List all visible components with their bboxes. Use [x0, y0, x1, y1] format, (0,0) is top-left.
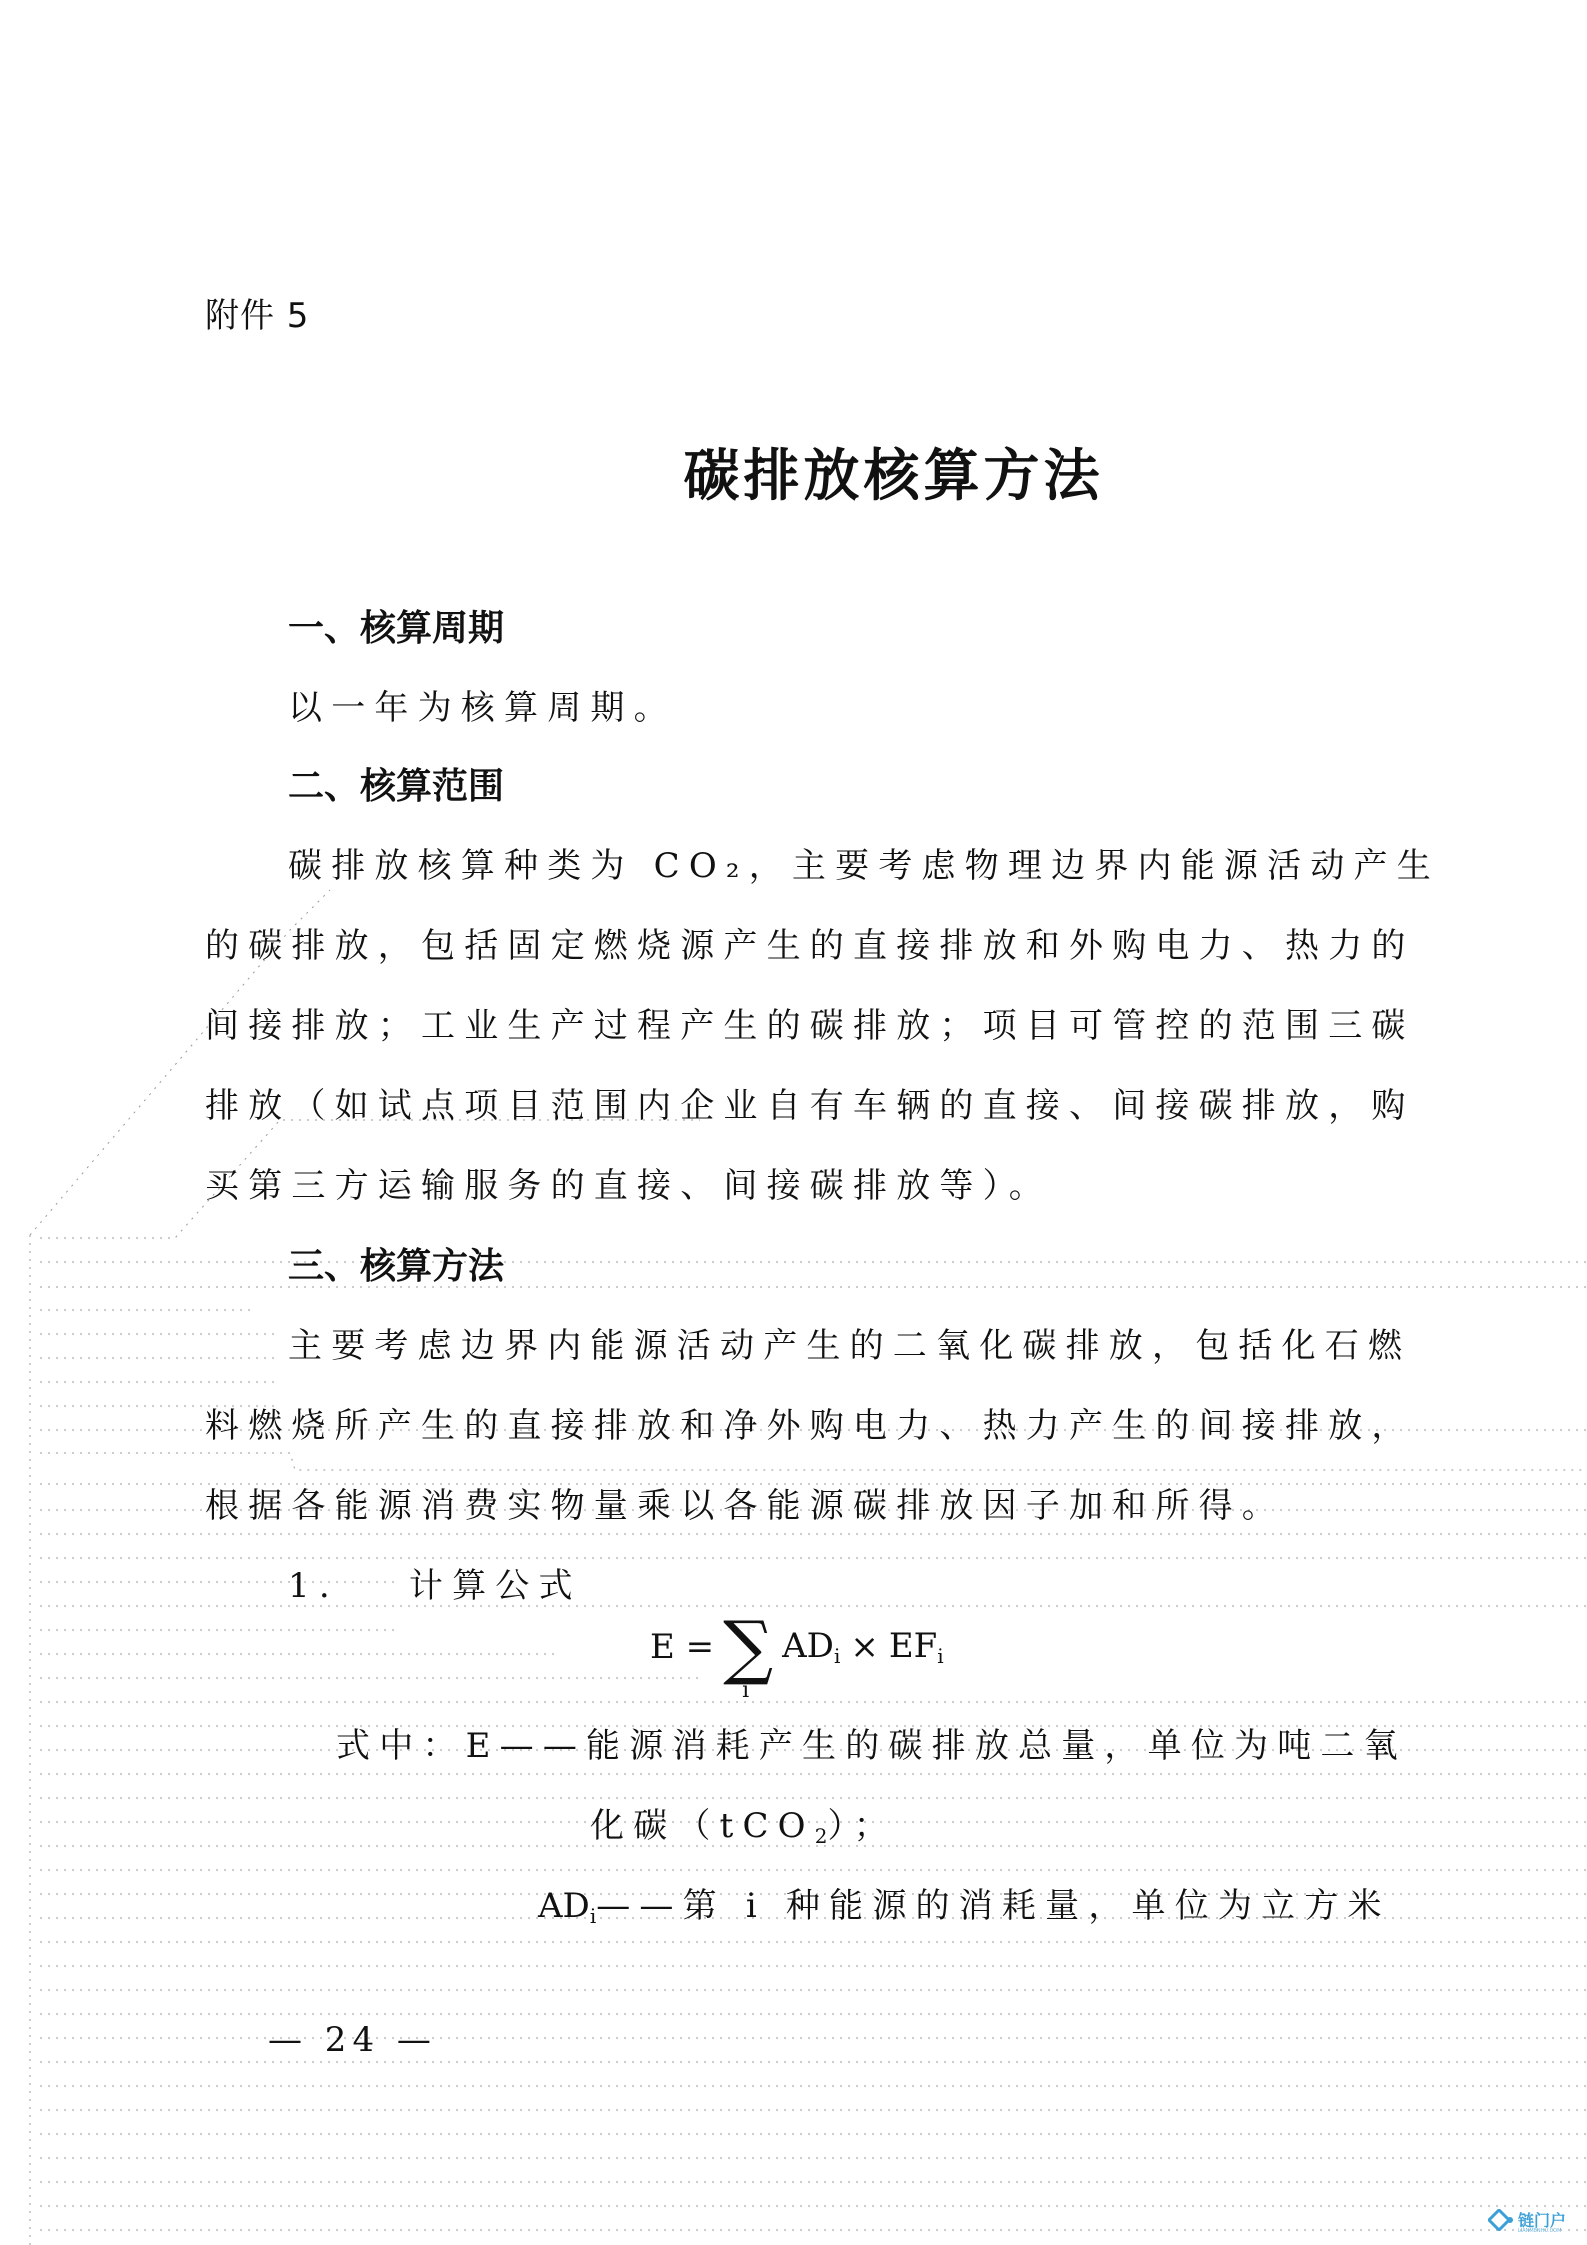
definition-intro: 式中：	[336, 1726, 466, 1766]
document-page: 附件 5 碳排放核算方法 一、核算周期 以一年为核算周期。 二、核算范围 碳排放…	[0, 0, 1587, 2245]
emission-formula: E = ∑ i ADi × EFi	[650, 1612, 944, 1682]
formula-term-ad: ADi	[782, 1626, 840, 1668]
subsection-label: 计算公式	[409, 1566, 582, 1606]
definition-ad: ADi——第 i 种能源的消耗量，单位为立方米	[538, 1878, 1391, 1928]
formula-lhs: E =	[650, 1627, 714, 1667]
definition-e-line1: 式中：E——能源消耗产生的碳排放总量，单位为吨二氧	[336, 1718, 1407, 1767]
subsection-heading: 1. 计算公式	[288, 1558, 582, 1607]
paragraph-line: 排放（如试点项目范围内企业自有车辆的直接、间接碳排放，购	[205, 1078, 1415, 1127]
page-number: — 24 —	[268, 2020, 437, 2060]
paragraph-line: 根据各能源消费实物量乘以各能源碳排放因子加和所得。	[205, 1478, 1285, 1527]
summation-index: i	[742, 1678, 749, 1703]
definition-ad-symbol: AD	[538, 1886, 590, 1926]
section-heading-accounting-scope: 二、核算范围	[288, 758, 504, 809]
paragraph-line: 的碳排放，包括固定燃烧源产生的直接排放和外购电力、热力的	[205, 918, 1415, 967]
paragraph-line: 买第三方运输服务的直接、间接碳排放等）。	[205, 1158, 1052, 1207]
attachment-label: 附件 5	[205, 288, 309, 337]
definition-e-line2: 化碳（tCO2）；	[590, 1798, 897, 1848]
section-heading-accounting-period: 一、核算周期	[288, 600, 504, 651]
paragraph-line: 间接排放；工业生产过程产生的碳排放；项目可管控的范围三碳	[205, 998, 1415, 1047]
paragraph-line: 主要考虑边界内能源活动产生的二氧化碳排放，包括化石燃	[288, 1318, 1411, 1367]
formula-times: ×	[850, 1627, 879, 1667]
paragraph-line: 以一年为核算周期。	[288, 680, 677, 729]
watermark-logo: 链门户 LIANMENHU.COM	[1488, 2208, 1566, 2231]
section-heading-accounting-method: 三、核算方法	[288, 1238, 504, 1289]
summation-symbol: ∑ i	[720, 1612, 776, 1682]
subsection-number: 1.	[288, 1566, 339, 1606]
watermark-subtext: LIANMENHU.COM	[1518, 2228, 1561, 2234]
diamond-logo-icon	[1488, 2209, 1514, 2231]
paragraph-line: 料燃烧所产生的直接排放和净外购电力、热力产生的间接排放，	[205, 1398, 1415, 1447]
paragraph-line: 碳排放核算种类为 CO₂，主要考虑物理边界内能源活动产生	[288, 838, 1440, 887]
formula-term-ef: EFi	[889, 1626, 944, 1668]
document-title: 碳排放核算方法	[0, 432, 1587, 512]
